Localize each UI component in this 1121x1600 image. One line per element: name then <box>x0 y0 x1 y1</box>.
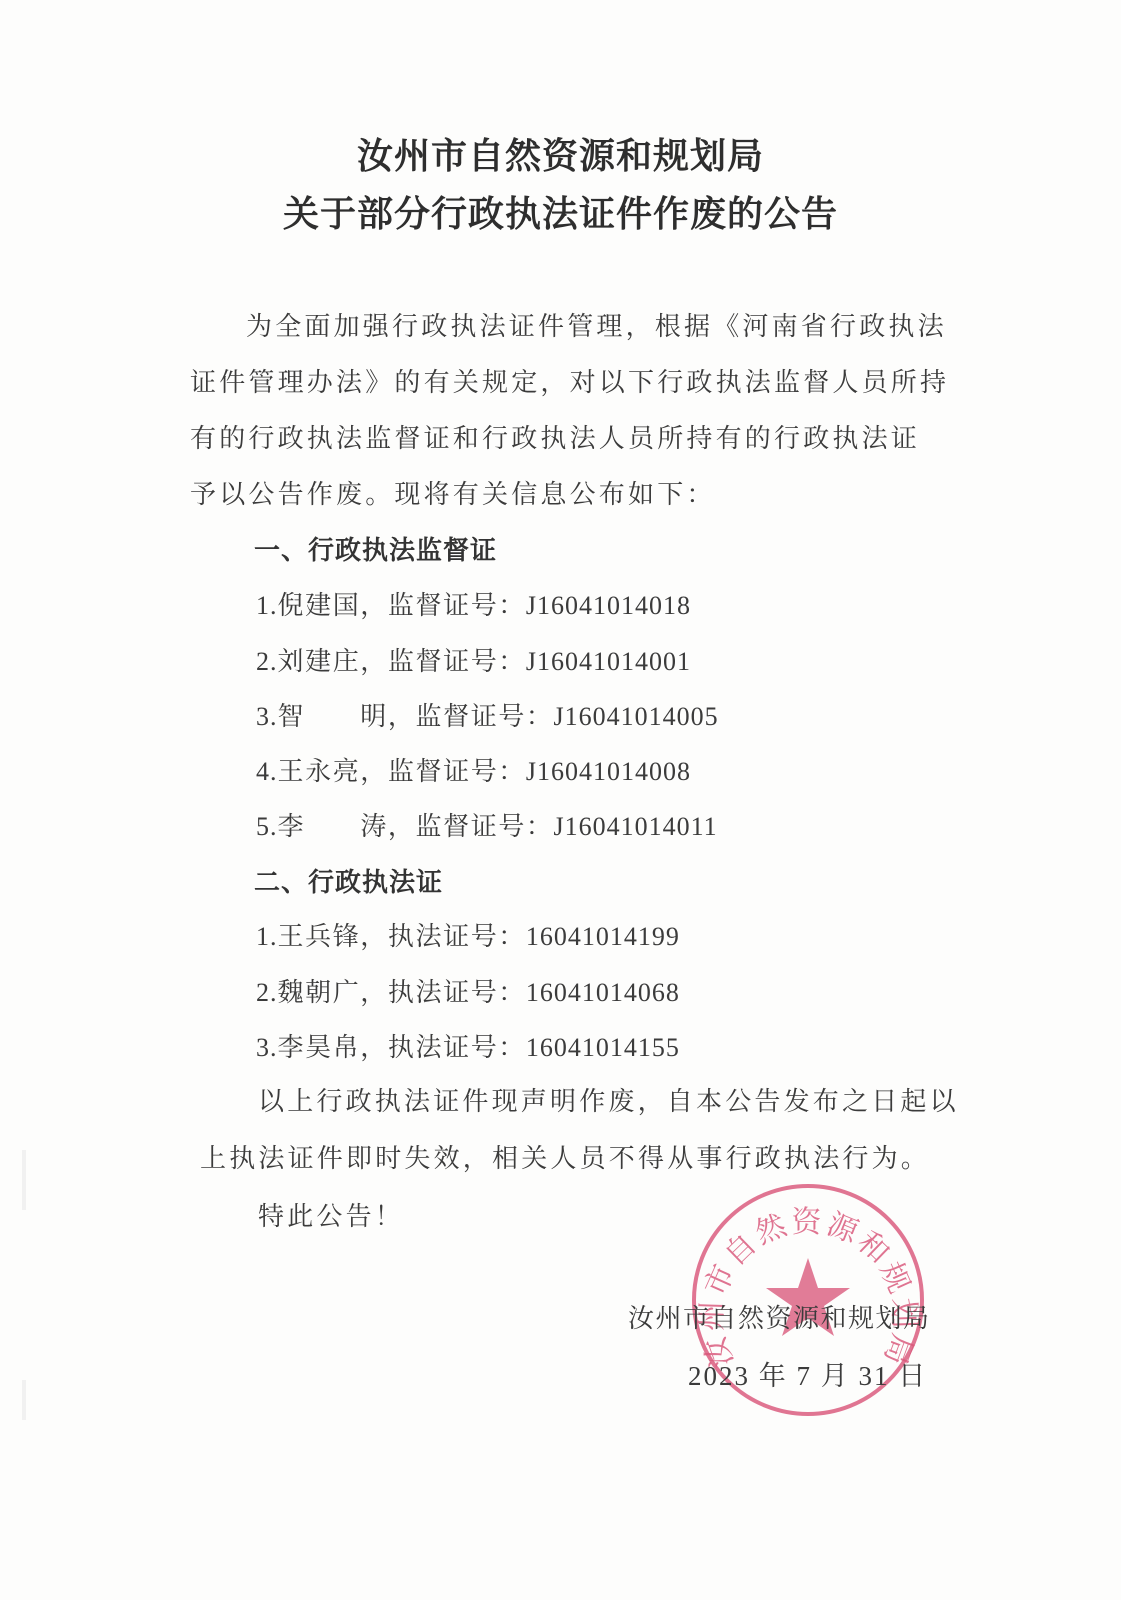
supervision-cert-item: 5.李 涛，监督证号：J16041014011 <box>256 806 718 843</box>
closing-line: 以上行政执法证件现声明作废，自本公告发布之日起以 <box>258 1081 959 1118</box>
intro-line: 证件管理办法》的有关规定，对以下行政执法监督人员所持 <box>190 362 949 399</box>
item-index: 2. <box>256 647 278 676</box>
item-id-label: 执法证号： <box>388 922 526 952</box>
supervision-cert-item: 4.王永亮，监督证号：J16041014008 <box>256 751 691 788</box>
item-id: 16041014068 <box>526 978 680 1007</box>
signature-organization: 汝州市自然资源和规划局 <box>628 1298 931 1335</box>
item-id-label: 监督证号： <box>388 647 526 677</box>
document-title-line2: 关于部分行政执法证件作废的公告 <box>0 186 1121 237</box>
item-id-label: 执法证号： <box>388 978 526 1008</box>
document-title-line1: 汝州市自然资源和规划局 <box>0 128 1121 179</box>
item-id: J16041014008 <box>526 757 691 786</box>
item-index: 3. <box>256 702 278 731</box>
item-name: 李 涛， <box>278 812 416 842</box>
item-index: 3. <box>256 1033 278 1062</box>
enforcement-cert-item: 3.李昊帛，执法证号：16041014155 <box>256 1027 680 1064</box>
item-name: 倪建国， <box>278 591 388 621</box>
item-id-label: 监督证号： <box>388 757 526 787</box>
item-id: J16041014005 <box>554 702 719 731</box>
section2-heading: 二、行政执法证 <box>254 862 443 899</box>
item-name: 王兵锋， <box>278 922 388 952</box>
scan-artifact <box>22 1150 26 1210</box>
item-id-label: 执法证号： <box>388 1033 526 1063</box>
item-index: 5. <box>256 812 278 841</box>
item-id: J16041014018 <box>526 591 691 620</box>
item-id: J16041014011 <box>554 812 718 841</box>
item-name: 王永亮， <box>278 757 388 787</box>
supervision-cert-item: 2.刘建庄，监督证号：J16041014001 <box>256 641 691 678</box>
enforcement-cert-item: 1.王兵锋，执法证号：16041014199 <box>256 916 680 953</box>
scan-artifact <box>22 1380 26 1420</box>
intro-line: 为全面加强行政执法证件管理，根据《河南省行政执法 <box>246 306 947 343</box>
item-name: 智 明， <box>278 702 416 732</box>
item-id-label: 监督证号： <box>388 591 526 621</box>
document-page: 汝州市自然资源和规划局 关于部分行政执法证件作废的公告 为全面加强行政执法证件管… <box>0 0 1121 1600</box>
item-index: 4. <box>256 757 278 786</box>
item-name: 李昊帛， <box>278 1033 388 1063</box>
enforcement-cert-item: 2.魏朝广，执法证号：16041014068 <box>256 972 680 1009</box>
item-id: 16041014155 <box>526 1033 680 1062</box>
item-id-label: 监督证号： <box>416 812 554 842</box>
special-notice: 特此公告！ <box>258 1196 404 1233</box>
signature-date: 2023 年 7 月 31 日 <box>688 1354 927 1393</box>
closing-line: 上执法证件即时失效，相关人员不得从事行政执法行为。 <box>200 1138 930 1175</box>
item-id: 16041014199 <box>526 922 680 951</box>
item-index: 2. <box>256 978 278 1007</box>
item-id-label: 监督证号： <box>416 702 554 732</box>
section1-heading: 一、行政执法监督证 <box>254 530 497 567</box>
item-id: J16041014001 <box>526 647 691 676</box>
item-name: 刘建庄， <box>278 647 388 677</box>
item-name: 魏朝广， <box>278 978 388 1008</box>
supervision-cert-item: 1.倪建国，监督证号：J16041014018 <box>256 585 691 622</box>
intro-line: 予以公告作废。现将有关信息公布如下： <box>190 474 716 511</box>
supervision-cert-item: 3.智 明，监督证号：J16041014005 <box>256 696 719 733</box>
intro-line: 有的行政执法监督证和行政执法人员所持有的行政执法证 <box>190 418 920 455</box>
item-index: 1. <box>256 922 278 951</box>
item-index: 1. <box>256 591 278 620</box>
